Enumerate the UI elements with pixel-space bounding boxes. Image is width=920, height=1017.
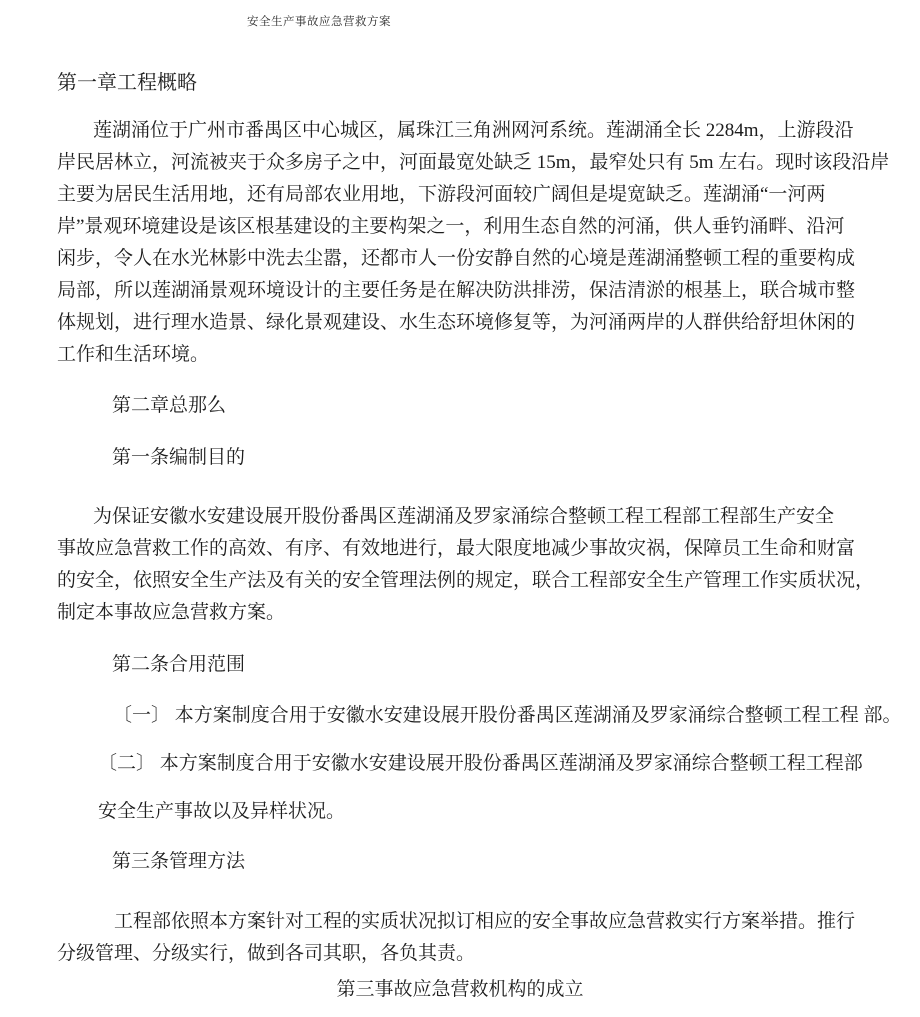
scope-item-2-line-1: 〔二〕 本方案制度合用于安徽水安建设展开股份番禺区莲湖涌及罗家涌综合整顿工程工程… bbox=[57, 748, 910, 780]
paragraph-management-method: 工程部依照本方案针对工程的实质状况拟订相应的安全事故应急营救实行方案举措。推行 … bbox=[57, 906, 910, 970]
text-line: 体规划，进行理水造景、绿化景观建设、水生态环境修复等，为河涌两岸的人群供给舒坦休… bbox=[57, 307, 910, 339]
text-line: 事故应急营救工作的高效、有序、有效地进行，最大限度地减少事故灾祸，保障员工生命和… bbox=[57, 533, 910, 565]
text-line: 主要为居民生活用地，还有局部农业用地，下游段河面较广阔但是堤宽缺乏。莲湖涌“一河… bbox=[57, 179, 910, 211]
text-line: 制定本事故应急营救方案。 bbox=[57, 597, 910, 629]
text-line: 闲步，令人在水光林影中洗去尘嚣，还都市人一份安静自然的心境是莲湖涌整顿工程的重要… bbox=[57, 243, 910, 275]
text-line: 莲湖涌位于广州市番禺区中心城区，属珠江三角洲网河系统。莲湖涌全长 2284m，上… bbox=[57, 115, 910, 147]
text-line: 岸民居林立，河流被夹于众多房子之中，河面最宽处缺乏 15m，最窄处只有 5m 左… bbox=[57, 147, 910, 179]
chapter1-heading: 第一章工程概略 bbox=[57, 67, 910, 99]
scope-item-2-line-2: 安全生产事故以及异样状况。 bbox=[57, 796, 910, 828]
section3-title: 第三事故应急营救机构的成立 bbox=[0, 974, 920, 1006]
text-line: 岸”景观环境建设是该区根基建设的主要构架之一，利用生态自然的河涌，供人垂钓涌畔、… bbox=[57, 211, 910, 243]
scope-item-1: 〔一〕 本方案制度合用于安徽水安建设展开股份番禺区莲湖涌及罗家涌综合整顿工程工程… bbox=[57, 700, 910, 732]
article1-heading: 第一条编制目的 bbox=[57, 442, 910, 474]
document-page: 安全生产事故应急营救方案 第一章工程概略 莲湖涌位于广州市番禺区中心城区，属珠江… bbox=[0, 0, 920, 1017]
paragraph-project-overview: 莲湖涌位于广州市番禺区中心城区，属珠江三角洲网河系统。莲湖涌全长 2284m，上… bbox=[57, 115, 910, 371]
article3-heading: 第三条管理方法 bbox=[57, 846, 910, 878]
paragraph-purpose: 为保证安徽水安建设展开股份番禺区莲湖涌及罗家涌综合整顿工程工程部工程部生产安全 … bbox=[57, 501, 910, 629]
text-line: 分级管理、分级实行，做到各司其职，各负其责。 bbox=[57, 938, 910, 970]
text-line: 局部，所以莲湖涌景观环境设计的主要任务是在解决防洪排涝，保洁清淤的根基上，联合城… bbox=[57, 275, 910, 307]
text-line: 工程部依照本方案针对工程的实质状况拟订相应的安全事故应急营救实行方案举措。推行 bbox=[57, 906, 910, 938]
page-header-title: 安全生产事故应急营救方案 bbox=[247, 15, 391, 30]
chapter2-heading: 第二章总那么 bbox=[57, 390, 910, 422]
article2-heading: 第二条合用范围 bbox=[57, 649, 910, 681]
text-line: 工作和生活环境。 bbox=[57, 339, 910, 371]
text-line: 为保证安徽水安建设展开股份番禺区莲湖涌及罗家涌综合整顿工程工程部工程部生产安全 bbox=[57, 501, 910, 533]
text-line: 的安全，依照安全生产法及有关的安全管理法例的规定，联合工程部安全生产管理工作实质… bbox=[57, 565, 910, 597]
